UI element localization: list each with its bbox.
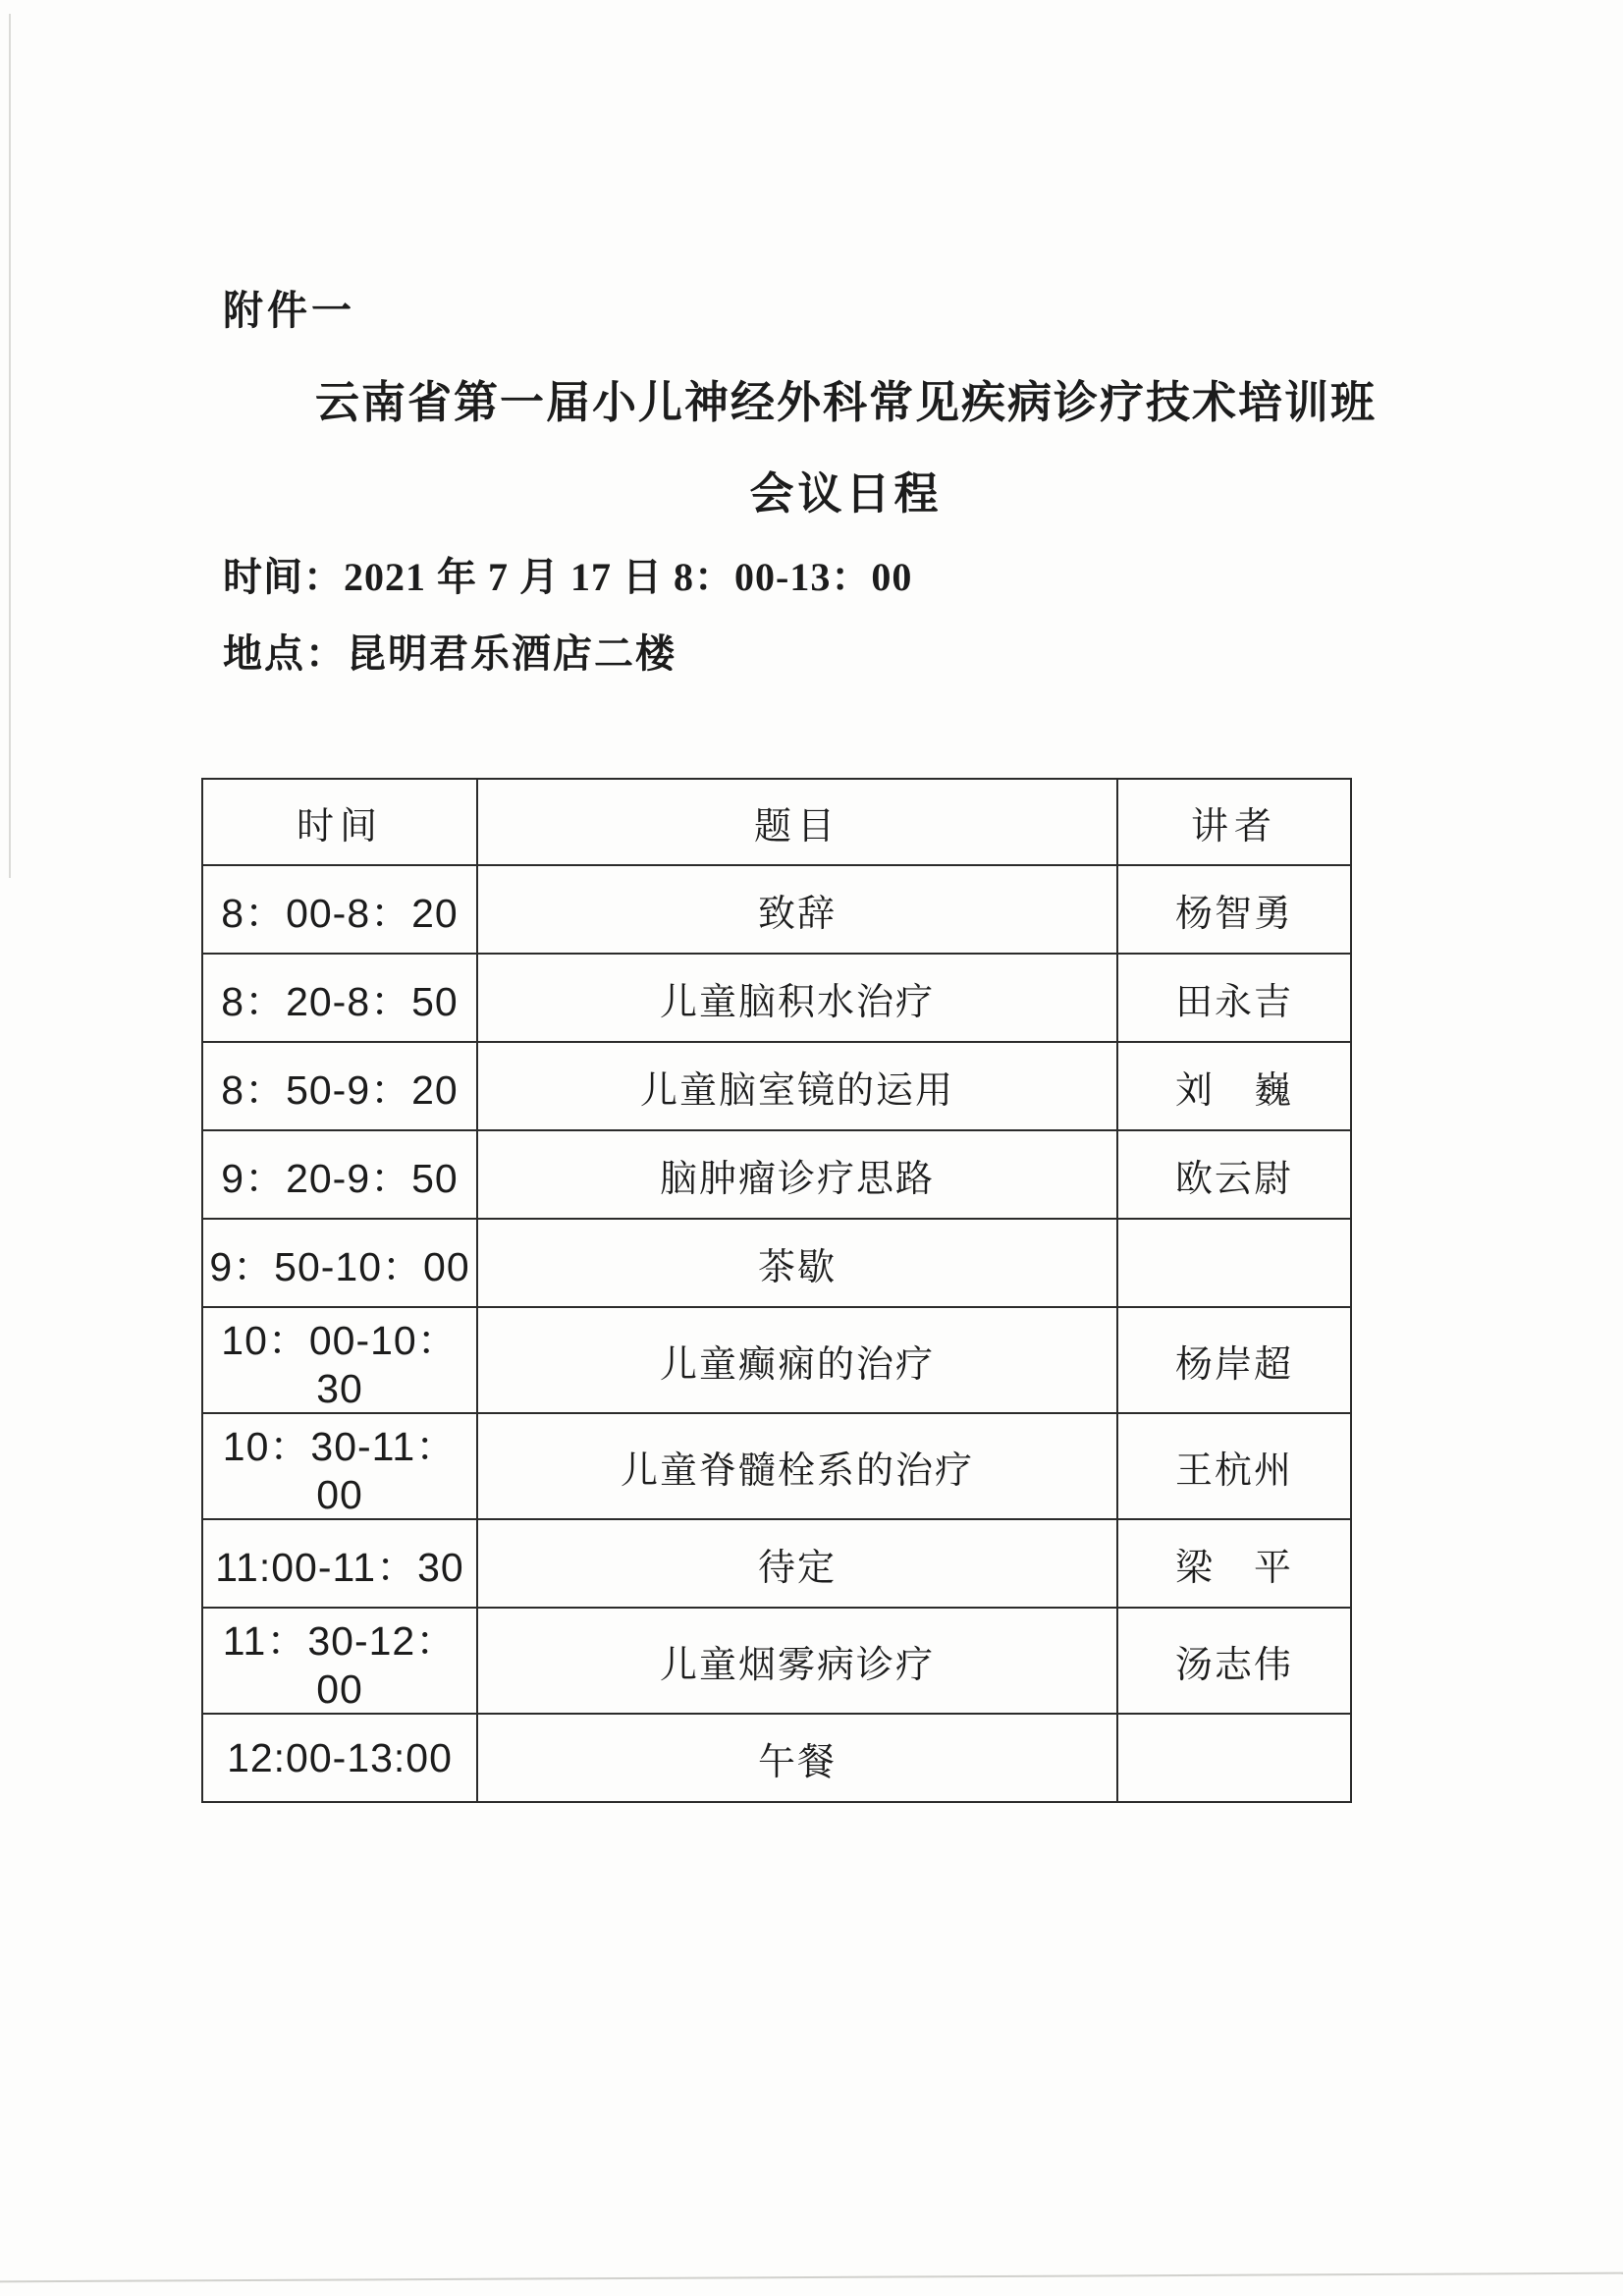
topic-cell: 午餐 xyxy=(477,1714,1117,1802)
speaker-cell: 汤志伟 xyxy=(1117,1608,1351,1714)
time-cell: 8：50-9：20 xyxy=(202,1042,477,1130)
topic-cell: 茶歇 xyxy=(477,1219,1117,1307)
col-header-time: 时间 xyxy=(202,779,477,865)
table-row: 8：50-9：20 儿童脑室镜的运用 刘 巍 xyxy=(202,1042,1351,1130)
col-header-speaker: 讲者 xyxy=(1117,779,1351,865)
speaker-cell: 欧云尉 xyxy=(1117,1130,1351,1219)
speaker-cell: 田永吉 xyxy=(1117,954,1351,1042)
speaker-cell xyxy=(1117,1714,1351,1802)
speaker-cell: 刘 巍 xyxy=(1117,1042,1351,1130)
meta-time-line: 时间：2021 年 7 月 17 日 8：00-13：00 xyxy=(223,546,912,602)
speaker-cell xyxy=(1117,1219,1351,1307)
schedule-table: 时间 题目 讲者 8：00-8：20 致辞 杨智勇 8：20-8：50 儿童脑积… xyxy=(201,778,1352,1803)
table-row: 8：00-8：20 致辞 杨智勇 xyxy=(202,865,1351,954)
table-row: 11：30-12：00 儿童烟雾病诊疗 汤志伟 xyxy=(202,1608,1351,1714)
speaker-cell: 杨岸超 xyxy=(1117,1307,1351,1413)
document-subtitle: 会议日程 xyxy=(69,458,1623,521)
table-row: 10：00-10：30 儿童癫痫的治疗 杨岸超 xyxy=(202,1307,1351,1413)
time-cell: 11:00-11：30 xyxy=(202,1519,477,1608)
speaker-cell: 杨智勇 xyxy=(1117,865,1351,954)
table-row: 8：20-8：50 儿童脑积水治疗 田永吉 xyxy=(202,954,1351,1042)
time-cell: 8：00-8：20 xyxy=(202,865,477,954)
time-cell: 9：20-9：50 xyxy=(202,1130,477,1219)
time-cell: 10：00-10：30 xyxy=(202,1307,477,1413)
document-title: 云南省第一届小儿神经外科常见疾病诊疗技术培训班 xyxy=(69,366,1623,430)
table-row: 9：50-10：00 茶歇 xyxy=(202,1219,1351,1307)
topic-cell: 待定 xyxy=(477,1519,1117,1608)
table-header-row: 时间 题目 讲者 xyxy=(202,779,1351,865)
time-cell: 9：50-10：00 xyxy=(202,1219,477,1307)
topic-cell: 致辞 xyxy=(477,865,1117,954)
time-cell: 12:00-13:00 xyxy=(202,1714,477,1802)
table-row: 10：30-11：00 儿童脊髓栓系的治疗 王杭州 xyxy=(202,1413,1351,1519)
meta-location-line: 地点：昆明君乐酒店二楼 xyxy=(223,623,676,679)
speaker-cell: 王杭州 xyxy=(1117,1413,1351,1519)
table-row: 9：20-9：50 脑肿瘤诊疗思路 欧云尉 xyxy=(202,1130,1351,1219)
table-row: 12:00-13:00 午餐 xyxy=(202,1714,1351,1802)
table-row: 11:00-11：30 待定 梁 平 xyxy=(202,1519,1351,1608)
topic-cell: 儿童脑室镜的运用 xyxy=(477,1042,1117,1130)
scanned-document-page: 附件一 云南省第一届小儿神经外科常见疾病诊疗技术培训班 会议日程 时间：2021… xyxy=(0,0,1623,2296)
scan-artifact-left-edge xyxy=(9,14,11,878)
topic-cell: 儿童脊髓栓系的治疗 xyxy=(477,1413,1117,1519)
topic-cell: 脑肿瘤诊疗思路 xyxy=(477,1130,1117,1219)
time-cell: 8：20-8：50 xyxy=(202,954,477,1042)
speaker-cell: 梁 平 xyxy=(1117,1519,1351,1608)
topic-cell: 儿童烟雾病诊疗 xyxy=(477,1608,1117,1714)
time-cell: 11：30-12：00 xyxy=(202,1608,477,1714)
attachment-label: 附件一 xyxy=(223,278,355,336)
topic-cell: 儿童癫痫的治疗 xyxy=(477,1307,1117,1413)
time-cell: 10：30-11：00 xyxy=(202,1413,477,1519)
scan-artifact-bottom-edge xyxy=(0,2272,1623,2283)
topic-cell: 儿童脑积水治疗 xyxy=(477,954,1117,1042)
col-header-topic: 题目 xyxy=(477,779,1117,865)
